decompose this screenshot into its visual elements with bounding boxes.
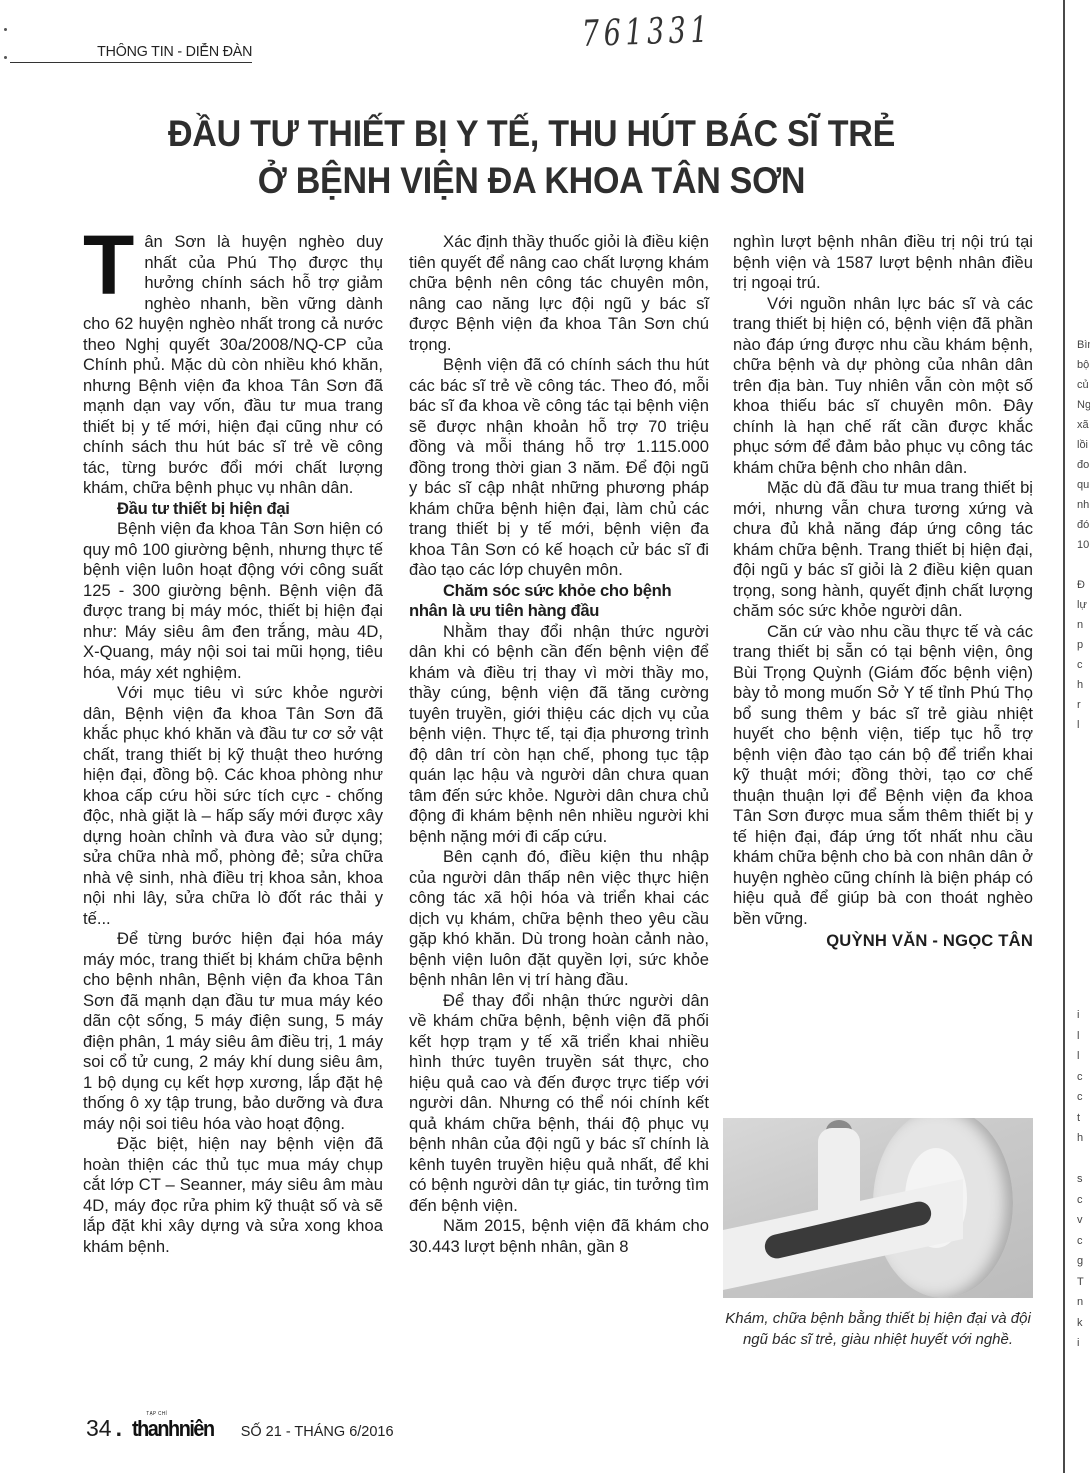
bleed-fragment: h xyxy=(1077,675,1090,695)
paragraph: Với nguồn nhân lực bác sĩ và các trang t… xyxy=(733,294,1033,479)
bleed-fragment: xã xyxy=(1077,415,1090,435)
headline-line-2: Ở BỆNH VIỆN ĐA KHOA TÂN SƠN xyxy=(43,157,1021,204)
bleed-fragment: n xyxy=(1077,1292,1090,1313)
bleed-fragment: c xyxy=(1077,655,1090,675)
bleed-fragment: đó xyxy=(1077,515,1090,535)
adjacent-page-bleed-2: illccth scvcgTnki xyxy=(1077,1005,1090,1354)
paragraph: Bệnh viện đã có chính sách thu hút các b… xyxy=(409,355,709,581)
bleed-fragment: đo xyxy=(1077,455,1090,475)
paragraph: Bên cạnh đó, điều kiện thu nhập của ngườ… xyxy=(409,847,709,991)
article-column-1: Tân Sơn là huyện nghèo duy nhất của Phú … xyxy=(83,232,383,1257)
bleed-fragment: Đ xyxy=(1077,575,1090,595)
page-number-separator: . xyxy=(116,1415,122,1442)
bleed-fragment: bội xyxy=(1077,355,1090,375)
page-footer: 34 . TẠP CHÍ thanhniên SỐ 21 - THÁNG 6/2… xyxy=(86,1415,394,1445)
bleed-fragment: Ng xyxy=(1077,395,1090,415)
article-column-2: Xác định thầy thuốc giỏi là điều kiện ti… xyxy=(409,232,709,1257)
bleed-fragment: n xyxy=(1077,615,1090,635)
bleed-fragment: p xyxy=(1077,635,1090,655)
bleed-fragment: T xyxy=(1077,1272,1090,1293)
handwritten-archive-number: 761331 xyxy=(581,9,712,55)
bleed-fragment: c xyxy=(1077,1087,1090,1108)
bleed-fragment: k xyxy=(1077,1313,1090,1334)
paragraph: Xác định thầy thuốc giỏi là điều kiện ti… xyxy=(409,232,709,355)
paragraph: Căn cứ vào nhu cầu thực tế và các trang … xyxy=(733,622,1033,930)
article-column-3: nghìn lượt bệnh nhân điều trị nội trú tạ… xyxy=(733,232,1033,952)
paragraph: Để từng bước hiện đại hóa máy máy móc, t… xyxy=(83,929,383,1134)
bleed-fragment: lồi xyxy=(1077,435,1090,455)
bleed-fragment: l xyxy=(1077,1026,1090,1047)
paragraph: Với mục tiêu vì sức khỏe người dân, Bệnh… xyxy=(83,683,383,929)
bleed-fragment: củ xyxy=(1077,375,1090,395)
bleed-fragment: g xyxy=(1077,1251,1090,1272)
scan-speck xyxy=(4,56,7,59)
bleed-fragment: i xyxy=(1077,1005,1090,1026)
paragraph: Đặc biệt, hiện nay bệnh viện đã hoàn thi… xyxy=(83,1134,383,1257)
bleed-fragment: v xyxy=(1077,1210,1090,1231)
bleed-fragment: h xyxy=(1077,1128,1090,1149)
adjacent-page-bleed-1: BìnbộicủNgxãlồiđoqunhđó10 Đlựnpchrl xyxy=(1077,335,1090,735)
bleed-fragment: 10 xyxy=(1077,535,1090,555)
headline-line-1: ĐẦU TƯ THIẾT BỊ Y TẾ, THU HÚT BÁC SĨ TRẺ xyxy=(43,110,1021,157)
bleed-fragment: c xyxy=(1077,1190,1090,1211)
bleed-fragment: l xyxy=(1077,1046,1090,1067)
bleed-fragment xyxy=(1077,555,1090,575)
section-header-label: THÔNG TIN - DIỄN ĐÀN xyxy=(97,43,252,60)
bleed-fragment: i xyxy=(1077,1333,1090,1354)
drop-cap: T xyxy=(83,234,134,296)
bleed-fragment: lự xyxy=(1077,595,1090,615)
bleed-fragment: qu xyxy=(1077,475,1090,495)
page-fold-line xyxy=(1063,0,1065,1473)
bleed-fragment: s xyxy=(1077,1169,1090,1190)
bleed-fragment: c xyxy=(1077,1067,1090,1088)
magazine-logo: TẠP CHÍ thanhniên xyxy=(132,1416,214,1442)
author-byline: QUỲNH VĂN - NGỌC TÂN xyxy=(733,931,1033,952)
subhead-equipment: Đầu tư thiết bị hiện đại xyxy=(83,499,383,520)
magazine-logo-sup: TẠP CHÍ xyxy=(146,1411,167,1417)
article-headline: ĐẦU TƯ THIẾT BỊ Y TẾ, THU HÚT BÁC SĨ TRẺ… xyxy=(0,110,1063,204)
article-photo xyxy=(723,1118,1033,1298)
bleed-fragment: l xyxy=(1077,715,1090,735)
bleed-fragment: Bìn xyxy=(1077,335,1090,355)
bleed-fragment: c xyxy=(1077,1231,1090,1252)
paragraph: Để thay đổi nhận thức người dân về khám … xyxy=(409,991,709,1217)
subhead-patient-care: Chăm sóc sức khỏe cho bệnh nhân là ưu ti… xyxy=(409,581,709,622)
page-number: 34 xyxy=(86,1415,112,1442)
bleed-fragment: nh xyxy=(1077,495,1090,515)
bleed-fragment: r xyxy=(1077,695,1090,715)
scan-speck xyxy=(4,28,7,31)
bleed-fragment: t xyxy=(1077,1108,1090,1129)
paragraph: Mặc dù đã đầu tư mua trang thiết bị mới,… xyxy=(733,478,1033,622)
lead-paragraph: Tân Sơn là huyện nghèo duy nhất của Phú … xyxy=(83,232,383,499)
paragraph: Bệnh viện đa khoa Tân Sơn hiện có quy mô… xyxy=(83,519,383,683)
paragraph: Nhằm thay đổi nhận thức người dân khi có… xyxy=(409,622,709,848)
photo-caption: Khám, chữa bệnh bằng thiết bị hiện đại v… xyxy=(723,1308,1033,1350)
bleed-fragment xyxy=(1077,1149,1090,1170)
section-header: THÔNG TIN - DIỄN ĐÀN xyxy=(10,40,252,63)
magazine-logo-text: thanhniên xyxy=(132,1416,214,1441)
paragraph: Năm 2015, bệnh viện đã khám cho 30.443 l… xyxy=(409,1216,709,1257)
issue-info: SỐ 21 - THÁNG 6/2016 xyxy=(241,1424,394,1440)
paragraph-continued: nghìn lượt bệnh nhân điều trị nội trú tạ… xyxy=(733,232,1033,294)
